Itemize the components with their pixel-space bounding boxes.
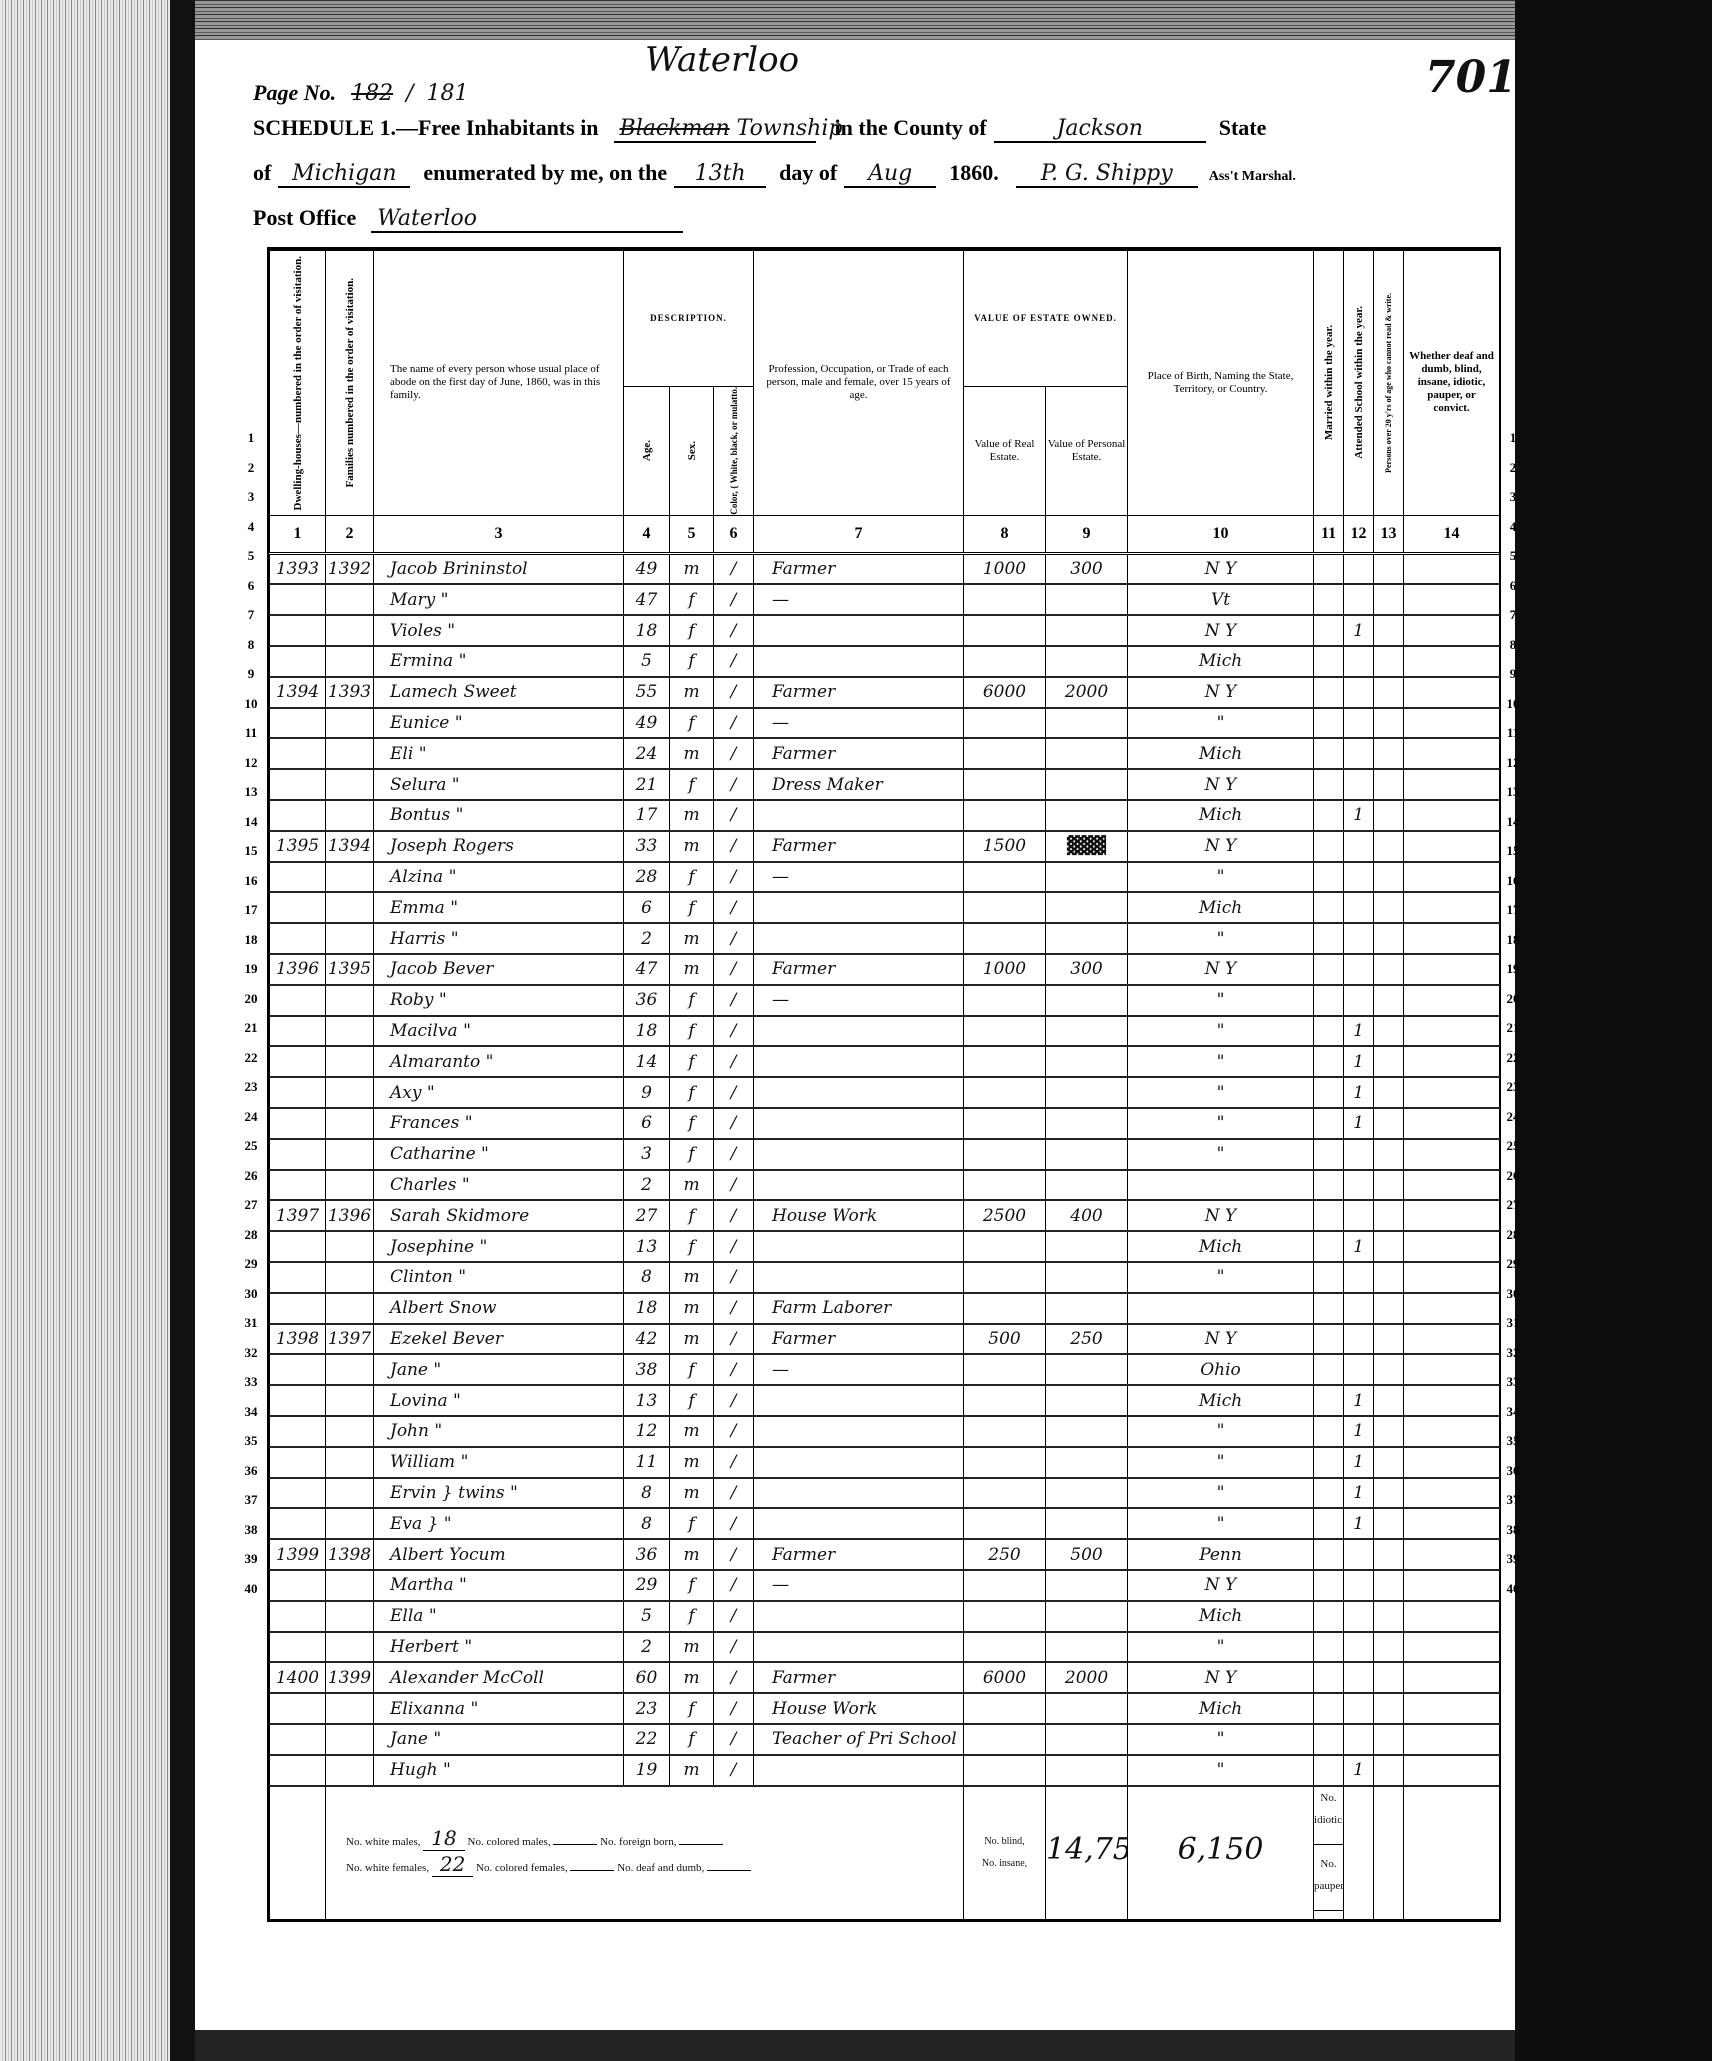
age: 38 [624,1354,670,1385]
personal-estate-value [1046,1385,1128,1416]
color-mark: / [714,1324,754,1355]
school-mark: 1 [1344,1508,1374,1539]
line-number: 9 [1501,666,1525,682]
color-mark: / [714,1262,754,1293]
disability [1404,1662,1500,1693]
personal-estate-value: 250 [1046,1324,1128,1355]
line-number: 9 [239,666,263,682]
real-estate-value [964,1262,1046,1293]
table-row: 13971396Sarah Skidmore27f/House Work2500… [270,1200,1500,1231]
total-real-estate: 14,750 [1046,1832,1128,1867]
schedule-line: SCHEDULE 1.—Free Inhabitants in Blackman… [253,115,1266,143]
sex: f [670,1693,714,1724]
line-number: 28 [1501,1227,1525,1243]
dwelling-number [270,1755,326,1786]
disability [1404,1016,1500,1047]
married-mark [1314,1170,1344,1201]
idiotic-label: No. idiotic, [1314,1792,1344,1826]
line-number: 12 [239,755,263,771]
person-name: Alexander McColl [374,1662,624,1693]
age: 14 [624,1046,670,1077]
family-number: 1397 [326,1324,374,1355]
person-name: Roby " [374,985,624,1016]
line-number: 12 [1501,755,1525,771]
personal-estate-value [1046,769,1128,800]
sex: f [670,1108,714,1139]
dwelling-number [270,1508,326,1539]
person-name: Martha " [374,1570,624,1601]
birthplace: Mich [1128,646,1314,677]
schedule-title: SCHEDULE 1.—Free Inhabitants in [253,115,599,141]
line-number: 27 [1501,1197,1525,1213]
age: 13 [624,1385,670,1416]
occupation: Teacher of Pri School [754,1724,964,1755]
illiterate-mark [1374,1170,1404,1201]
dwelling-number [270,1385,326,1416]
school-mark [1344,708,1374,739]
enumerated-label: enumerated by me, on the [423,160,667,186]
occupation [754,1601,964,1632]
school-mark [1344,923,1374,954]
occupation [754,1016,964,1047]
birthplace: " [1128,1262,1314,1293]
real-estate-value [964,1354,1046,1385]
person-name: Joseph Rogers [374,831,624,862]
table-row: Charles "2m/ [270,1170,1500,1201]
personal-estate-value [1046,1601,1128,1632]
personal-estate-value [1046,1570,1128,1601]
person-name: Jacob Brininstol [374,553,624,584]
color-mark: / [714,1170,754,1201]
age: 27 [624,1200,670,1231]
personal-estate-value [1046,738,1128,769]
header-color: Color, { White, black, or mulatto. [714,387,754,516]
page-number: 181 [427,81,469,106]
age: 12 [624,1416,670,1447]
real-estate-value [964,1416,1046,1447]
marshal-label: Ass't Marshal. [1209,169,1296,185]
birthplace: " [1128,1478,1314,1509]
married-mark [1314,923,1344,954]
birthplace: N Y [1128,553,1314,584]
header-school: Attended School within the year. [1344,251,1374,516]
married-mark [1314,1108,1344,1139]
dwelling-number [270,1632,326,1663]
school-mark [1344,1324,1374,1355]
disability [1404,800,1500,831]
married-mark [1314,1539,1344,1570]
line-number: 13 [1501,784,1525,800]
color-mark: / [714,1293,754,1324]
sex: f [670,862,714,893]
col-num: 1 [270,515,326,553]
line-number: 1 [239,430,263,446]
illiterate-mark [1374,923,1404,954]
line-number: 6 [1501,578,1525,594]
occupation: Dress Maker [754,769,964,800]
color-mark: / [714,1693,754,1724]
personal-estate-value: 400 [1046,1200,1128,1231]
personal-estate-value [1046,1262,1128,1293]
dwelling-number [270,1108,326,1139]
disability [1404,954,1500,985]
disability [1404,1632,1500,1663]
disability [1404,769,1500,800]
married-mark [1314,800,1344,831]
married-mark [1314,1139,1344,1170]
disability [1404,677,1500,708]
post-office-value: Waterloo [371,206,683,233]
real-estate-value [964,1570,1046,1601]
state-label: State [1219,115,1267,141]
school-mark: 1 [1344,1231,1374,1262]
occupation [754,800,964,831]
person-name: Axy " [374,1077,624,1108]
birthplace: N Y [1128,769,1314,800]
illiterate-mark [1374,1724,1404,1755]
illiterate-mark [1374,1231,1404,1262]
illiterate-mark [1374,1570,1404,1601]
line-number: 30 [1501,1286,1525,1302]
personal-estate-value [1046,1724,1128,1755]
person-name: Bontus " [374,800,624,831]
disability [1404,1508,1500,1539]
birthplace: " [1128,1077,1314,1108]
sex: f [670,1139,714,1170]
stamp-number: 701 [1425,52,1517,103]
line-number: 8 [239,637,263,653]
dwelling-number [270,1447,326,1478]
age: 55 [624,677,670,708]
married-mark [1314,1570,1344,1601]
township-struck: Blackman [620,116,730,141]
white-females-label: No. white females, [346,1862,429,1874]
dwelling-number [270,1354,326,1385]
birthplace: " [1128,923,1314,954]
real-estate-value: 500 [964,1324,1046,1355]
line-number: 7 [1501,607,1525,623]
summary-row: No. white males, 18 No. colored males, N… [270,1786,1500,1921]
age: 6 [624,1108,670,1139]
sex: m [670,1416,714,1447]
color-mark: / [714,738,754,769]
person-name: Alzina " [374,862,624,893]
married-mark [1314,708,1344,739]
dwelling-number [270,738,326,769]
line-number: 20 [239,991,263,1007]
real-estate-value: 2500 [964,1200,1046,1231]
disability [1404,1570,1500,1601]
post-office-label: Post Office [253,205,356,231]
married-mark [1314,1046,1344,1077]
person-name: John " [374,1416,624,1447]
line-number: 39 [239,1551,263,1567]
table-row: 13991398Albert Yocum36m/Farmer250500Penn [270,1539,1500,1570]
line-number: 24 [1501,1109,1525,1125]
birthplace: " [1128,862,1314,893]
birthplace: " [1128,1724,1314,1755]
line-number: 17 [239,902,263,918]
color-mark: / [714,1200,754,1231]
age: 8 [624,1478,670,1509]
occupation [754,615,964,646]
occupation: — [754,862,964,893]
school-mark [1344,553,1374,584]
personal-estate-value [1046,708,1128,739]
column-number-row: 1 2 3 4 5 6 7 8 9 10 11 12 13 14 [270,515,1500,553]
table-row: John "12m/"1 [270,1416,1500,1447]
table-row: Roby "36f/—" [270,985,1500,1016]
personal-estate-value [1046,800,1128,831]
birthplace: " [1128,1108,1314,1139]
real-estate-value [964,862,1046,893]
dwelling-number: 1394 [270,677,326,708]
line-number: 10 [1501,696,1525,712]
occupation: Farmer [754,831,964,862]
line-number: 4 [1501,519,1525,535]
disability [1404,1354,1500,1385]
occupation [754,1478,964,1509]
sex: f [670,1016,714,1047]
table-row: Eva } "8f/"1 [270,1508,1500,1539]
personal-estate-value [1046,1231,1128,1262]
sex: m [670,553,714,584]
dwelling-number [270,985,326,1016]
color-mark: / [714,1632,754,1663]
real-estate-value [964,1755,1046,1786]
age: 29 [624,1570,670,1601]
disability [1404,862,1500,893]
disability [1404,615,1500,646]
summary-blind-insane: No. blind, No. insane, [964,1786,1046,1921]
school-mark: 1 [1344,1385,1374,1416]
age: 17 [624,800,670,831]
age: 3 [624,1139,670,1170]
personal-estate-value [1046,1755,1128,1786]
school-mark [1344,831,1374,862]
person-name: Albert Snow [374,1293,624,1324]
person-name: Herbert " [374,1632,624,1663]
personal-estate-value [1046,615,1128,646]
header-age: Age. [624,387,670,516]
married-mark [1314,1662,1344,1693]
personal-estate-value [1046,1354,1128,1385]
person-name: Almaranto " [374,1046,624,1077]
illiterate-mark [1374,1508,1404,1539]
line-number: 33 [239,1374,263,1390]
table-row: Martha "29f/—N Y [270,1570,1500,1601]
occupation: Farmer [754,954,964,985]
dwelling-number [270,615,326,646]
birthplace: " [1128,1508,1314,1539]
age: 36 [624,985,670,1016]
personal-estate-value [1046,985,1128,1016]
personal-estate-value: 300 [1046,553,1128,584]
illiterate-mark [1374,769,1404,800]
school-mark: 1 [1344,1755,1374,1786]
disability [1404,985,1500,1016]
real-estate-value [964,1108,1046,1139]
col-num: 9 [1046,515,1128,553]
family-number [326,1416,374,1447]
col-num: 4 [624,515,670,553]
line-number: 24 [239,1109,263,1125]
disability [1404,1478,1500,1509]
real-estate-value [964,892,1046,923]
married-mark [1314,862,1344,893]
color-mark: / [714,1662,754,1693]
table-row: 13931392Jacob Brininstol49m/Farmer100030… [270,553,1500,584]
line-number: 11 [1501,725,1525,741]
occupation: — [754,1354,964,1385]
table-row: Frances "6f/"1 [270,1108,1500,1139]
age: 42 [624,1324,670,1355]
line-number: 16 [239,873,263,889]
married-mark [1314,1200,1344,1231]
illiterate-mark [1374,1354,1404,1385]
line-number: 7 [239,607,263,623]
real-estate-value [964,1139,1046,1170]
dwelling-number [270,1724,326,1755]
color-mark: / [714,1416,754,1447]
scan-border-bottom [195,2030,1515,2061]
family-number [326,1755,374,1786]
illiterate-mark [1374,1693,1404,1724]
line-number: 2 [1501,460,1525,476]
age: 8 [624,1262,670,1293]
dwelling-number [270,1478,326,1509]
personal-estate-value [1046,1016,1128,1047]
disability [1404,1693,1500,1724]
family-number [326,892,374,923]
sex: f [670,1601,714,1632]
disability [1404,584,1500,615]
dwelling-number [270,1693,326,1724]
sex: f [670,584,714,615]
illiterate-mark [1374,1447,1404,1478]
table-row: Lovina "13f/Mich1 [270,1385,1500,1416]
illiterate-mark [1374,646,1404,677]
birthplace: N Y [1128,1662,1314,1693]
personal-estate-value [1046,862,1128,893]
real-estate-value [964,923,1046,954]
sex: m [670,677,714,708]
table-row: 13961395Jacob Bever47m/Farmer1000300N Y [270,954,1500,985]
family-number [326,615,374,646]
disability [1404,646,1500,677]
line-number: 29 [239,1256,263,1272]
line-number: 13 [239,784,263,800]
birthplace: N Y [1128,677,1314,708]
dwelling-number: 1399 [270,1539,326,1570]
blind-label: No. blind, [984,1836,1024,1847]
header-married: Married within the year. [1314,251,1344,516]
line-number: 22 [1501,1050,1525,1066]
person-name: Clinton " [374,1262,624,1293]
person-name: Macilva " [374,1016,624,1047]
person-name: Frances " [374,1108,624,1139]
family-number: 1393 [326,677,374,708]
summary-personal-total: 6,150 [1128,1786,1314,1921]
school-mark [1344,1570,1374,1601]
personal-estate-value [1046,1170,1128,1201]
line-number: 32 [239,1345,263,1361]
real-estate-value [964,1447,1046,1478]
color-mark: / [714,1539,754,1570]
married-mark [1314,1755,1344,1786]
header-name: The name of every person whose usual pla… [374,251,624,516]
dwelling-number [270,708,326,739]
color-mark: / [714,1755,754,1786]
family-number: 1398 [326,1539,374,1570]
school-mark [1344,954,1374,985]
birthplace: Mich [1128,892,1314,923]
post-office-line: Post Office Waterloo [253,205,683,233]
disability [1404,1077,1500,1108]
table-row: 13981397Ezekel Bever42m/Farmer500250N Y [270,1324,1500,1355]
family-number [326,1108,374,1139]
sex: f [670,1570,714,1601]
real-estate-value [964,1601,1046,1632]
person-name: William " [374,1447,624,1478]
page-number-line: Page No. 182 / 181 [253,80,469,106]
color-mark: / [714,769,754,800]
table-row: Harris "2m/" [270,923,1500,954]
header-sex: Sex. [670,387,714,516]
personal-estate-value [1046,1293,1128,1324]
sex: f [670,985,714,1016]
married-mark [1314,1724,1344,1755]
family-number [326,1016,374,1047]
census-table: Dwelling-houses—numbered in the order of… [269,250,1500,1922]
school-mark [1344,1601,1374,1632]
real-estate-value [964,584,1046,615]
dwelling-number [270,1139,326,1170]
school-mark: 1 [1344,800,1374,831]
sex: m [670,1662,714,1693]
age: 33 [624,831,670,862]
line-number: 6 [239,578,263,594]
foreign-born-label: No. foreign born, [600,1836,676,1848]
illiterate-mark [1374,1200,1404,1231]
illiterate-mark [1374,985,1404,1016]
occupation: — [754,1570,964,1601]
line-number: 35 [239,1433,263,1449]
person-name: Eva } " [374,1508,624,1539]
family-number [326,1046,374,1077]
real-estate-value [964,708,1046,739]
family-number [326,1077,374,1108]
personal-estate-value: 500 [1046,1539,1128,1570]
personal-estate-value: 300 [1046,954,1128,985]
line-number: 4 [239,519,263,535]
header-birthplace: Place of Birth, Naming the State, Territ… [1128,251,1314,516]
line-number: 38 [239,1522,263,1538]
disability [1404,1416,1500,1447]
illiterate-mark [1374,1139,1404,1170]
family-number [326,584,374,615]
sex: m [670,738,714,769]
color-mark: / [714,985,754,1016]
person-name: Ella " [374,1601,624,1632]
disability [1404,1755,1500,1786]
paupers-label: No. paupers, [1314,1858,1344,1892]
color-mark: / [714,1016,754,1047]
birthplace: " [1128,1447,1314,1478]
day-of-label: day of [779,160,837,186]
personal-estate-value: 2000 [1046,1662,1128,1693]
color-mark: / [714,1447,754,1478]
